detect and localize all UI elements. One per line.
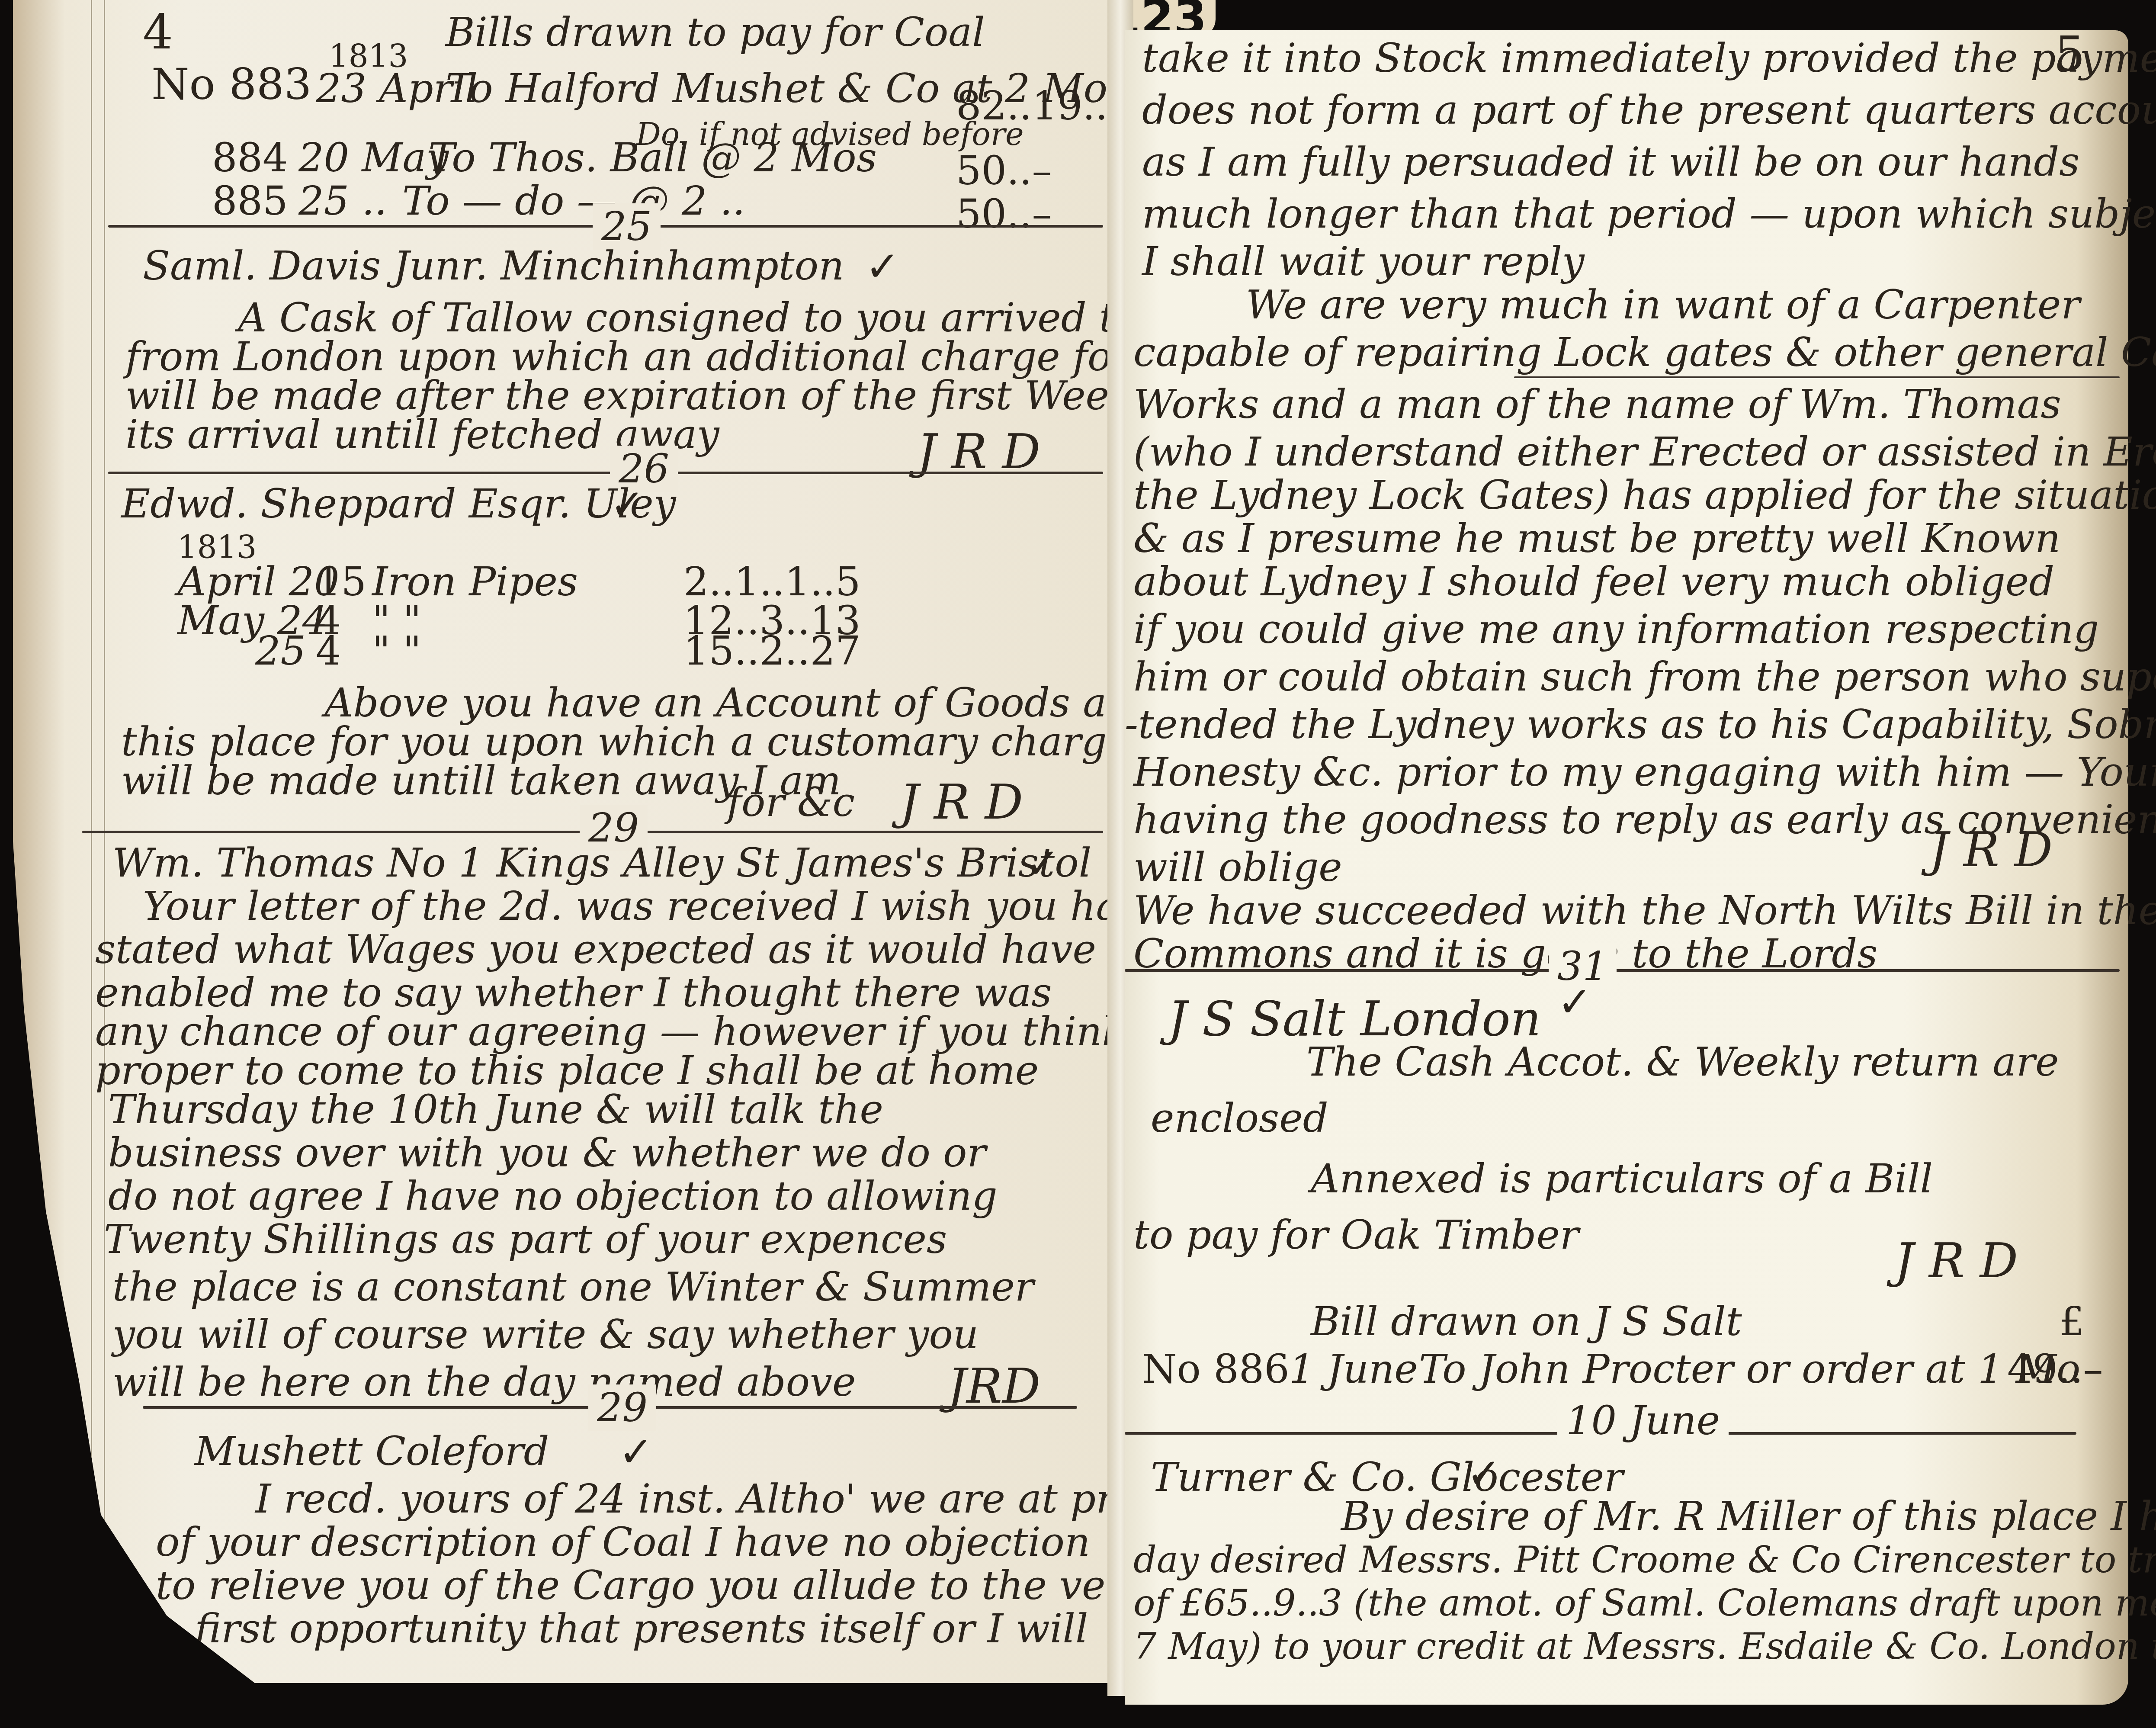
bills-header: Bills drawn to pay for Coal [446, 9, 985, 56]
bill-number: No 886 [1142, 1346, 1290, 1393]
bill-number: 884 [212, 134, 288, 182]
bill-number: 885 [212, 177, 288, 225]
bill-amount: 49..– [2007, 1346, 2103, 1393]
letter-line: of £65..9..3 (the amot. of Saml. Coleman… [1133, 1579, 2156, 1627]
bill-number: No 883 [151, 61, 311, 108]
letter-line: Works and a man of the name of Wm. Thoma… [1133, 381, 2061, 428]
bill-amount: 50..– [956, 190, 1052, 238]
signature: J R D [900, 774, 1023, 830]
entry-addressee: J S Salt London [1168, 995, 1541, 1043]
bill-date: 1 June [1289, 1346, 1418, 1393]
page-number: 4 [143, 4, 173, 60]
letter-line: first opportunity that presents itself o… [195, 1605, 1088, 1653]
letter-line: 7 May) to your credit at Messrs. Esdaile… [1133, 1622, 2156, 1670]
letter-line: about Lydney I should feel very much obl… [1133, 558, 2054, 606]
letter-line: him or could obtain such from the person… [1133, 653, 2156, 701]
entry-addressee: Wm. Thomas No 1 Kings Alley St James's B… [112, 839, 1091, 887]
left-page: 4 Bills drawn to pay for Coal No 883 181… [13, 0, 1112, 1683]
date-rule [108, 472, 1103, 474]
signature: JRD [947, 1359, 1040, 1414]
date-rule [1125, 969, 2120, 972]
letter-line: Annexed is particulars of a Bill [1311, 1155, 1933, 1203]
letter-line: much longer than that period — upon whic… [1142, 190, 2156, 238]
letter-line: By desire of Mr. R Miller of this place … [1341, 1493, 2156, 1540]
margin-rule [104, 0, 105, 1683]
letter-line: if you could give me any information res… [1133, 606, 2099, 653]
letter-line: Twenty Shillings as part of your expence… [104, 1216, 947, 1263]
bill-payee: To Thos. Ball @ 2 Mos [428, 134, 877, 182]
bill-date: 25 .. [298, 177, 387, 225]
letter-line: & as I presume he must be pretty well Kn… [1133, 515, 2060, 562]
letter-line: We are very much in want of a Carpenter [1246, 281, 2080, 329]
letter-line: enclosed [1151, 1095, 1328, 1142]
letter-line: will oblige [1133, 844, 1342, 891]
check-mark-icon: ✓ [1466, 1449, 1501, 1498]
bill-header: Bill drawn on J S Salt [1311, 1298, 1742, 1346]
letter-line: does not form a part of the present quar… [1142, 87, 2156, 134]
account-weight: 15..2..27 [683, 627, 861, 675]
bill-payee: To John Procter or order at 1 Mo [1419, 1346, 2080, 1393]
bill-amount: 50..– [956, 147, 1052, 195]
entry-addressee: Saml. Davis Junr. Minchinhampton [143, 242, 844, 290]
check-mark-icon: ✓ [619, 1428, 653, 1476]
signature: J R D [1929, 822, 2053, 877]
check-mark-icon: ✓ [865, 242, 900, 291]
entry-addressee: Edwd. Sheppard Esqr. Uley [121, 480, 676, 528]
margin-rule [91, 0, 92, 1683]
letter-line: to pay for Oak Timber [1133, 1211, 1579, 1259]
underline-rule [1514, 376, 2120, 378]
letter-line: -tended the Lydney works as to his Capab… [1125, 701, 2156, 748]
postscript-line: We have succeeded with the North Wilts B… [1133, 887, 2156, 935]
letter-line: (who I understand either Erected or assi… [1133, 428, 2156, 476]
letter-line: stated what Wages you expected as it wou… [95, 926, 1096, 973]
letter-line: as I am fully persuaded it will be on ou… [1142, 138, 2079, 186]
letter-line: of your description of Coal I have no ob… [156, 1519, 1090, 1566]
letter-line: Thursday the 10th June & will talk the [108, 1086, 883, 1134]
letter-line: the place is a constant one Winter & Sum… [112, 1263, 1034, 1311]
letter-line: will be here on the day named above [112, 1359, 856, 1406]
right-page: 5 take it into Stock immediately provide… [1125, 30, 2128, 1705]
account-item: " " [372, 627, 421, 675]
letter-line: I recd. yours of 24 inst. Altho' we are … [255, 1475, 1224, 1523]
letter-line: day desired Messrs. Pitt Croome & Co Cir… [1133, 1536, 2156, 1583]
letter-line: The Cash Accot. & Weekly return are [1306, 1038, 2059, 1086]
signature: J R D [1895, 1233, 2018, 1288]
letter-line: you will of course write & say whether y… [112, 1311, 979, 1359]
entry-addressee: Mushett Coleford [195, 1428, 549, 1475]
entry-date: 29 [588, 1384, 656, 1431]
check-mark-icon: ✓ [610, 480, 645, 529]
bill-date: 20 May [298, 134, 449, 182]
letter-line: do not agree I have no objection to allo… [108, 1172, 998, 1220]
letter-line: Your letter of the 2d. was received I wi… [143, 883, 1145, 930]
pound-sign: £ [2059, 1298, 2085, 1346]
manuscript-spread: 123 4 Bills drawn to pay for Coal No 883… [0, 0, 2156, 1728]
check-mark-icon: ✓ [1025, 839, 1060, 888]
signature: J R D [917, 424, 1040, 479]
account-date: 25 [255, 627, 306, 675]
entry-date: 10 June [1557, 1397, 1729, 1444]
letter-line: take it into Stock immediately provided … [1142, 35, 2156, 82]
letter-line: the Lydney Lock Gates) has applied for t… [1133, 472, 2156, 519]
bill-payee: To — do — @ 2 .. [402, 177, 745, 225]
letter-line: I shall wait your reply [1142, 238, 1585, 286]
account-qty: 4 [316, 627, 341, 675]
letter-line: business over with you & whether we do o… [108, 1129, 986, 1177]
letter-line: Honesty &c. prior to my engaging with hi… [1133, 748, 2156, 796]
letter-line: capable of repairing Lock gates & other … [1133, 329, 2156, 376]
letter-line: to relieve you of the Cargo you allude t… [156, 1562, 1147, 1609]
closing: for &c [727, 779, 855, 826]
check-mark-icon: ✓ [1557, 978, 1592, 1026]
